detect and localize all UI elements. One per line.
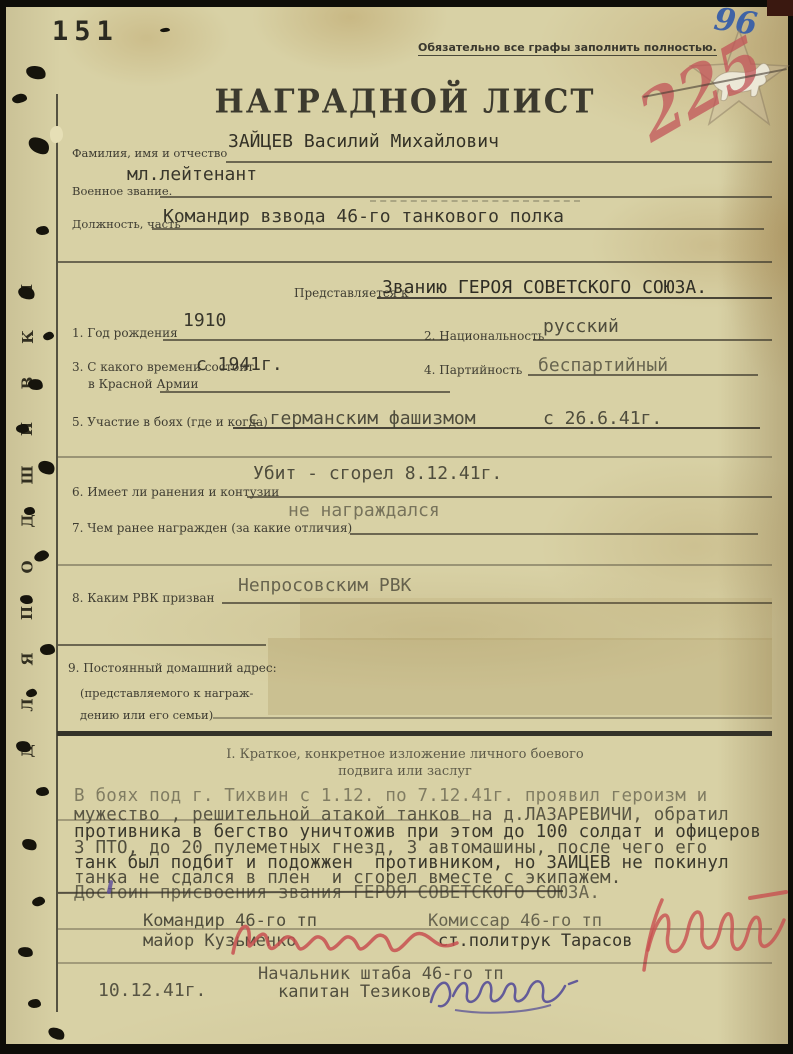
form-rule <box>213 717 772 719</box>
margin-letter: Я <box>19 652 37 665</box>
document-date: 10.12.41г. <box>98 980 206 1001</box>
document-title: НАГРАДНОЙ ЛИСТ <box>200 83 610 121</box>
form-rule <box>163 339 448 341</box>
nomination-value: Званию ГЕРОЯ СОВЕТСКОГО СОЮЗА. <box>382 277 707 298</box>
margin-letter: П <box>19 606 37 620</box>
party-label: 4. Партийность <box>424 363 522 377</box>
section-divider-rule <box>58 261 772 263</box>
feat-text-line: В боях под г. Тихвин с 1.12. по 7.12.41г… <box>74 786 707 806</box>
prior-awards-label: 7. Чем ранее награжден (за какие отличия… <box>72 521 352 535</box>
home-address-label-1: 9. Постоянный домашний адрес: <box>68 661 277 675</box>
form-rule <box>160 391 450 393</box>
faint-divider-rule <box>58 564 772 566</box>
ink-blot <box>40 644 55 655</box>
home-address-label-2: (представляемого к награж- <box>80 686 253 700</box>
margin-letter: Л <box>19 698 37 711</box>
stain-patch <box>268 638 772 715</box>
form-rule <box>350 533 758 535</box>
birth-year-value: 1910 <box>183 310 226 331</box>
nationality-value: русский <box>543 316 619 337</box>
faded-dashes <box>370 200 580 202</box>
ink-blot <box>16 424 29 433</box>
left-form-border-line <box>56 94 58 1012</box>
form-rule <box>226 161 772 163</box>
position-value: Командир взвода 46-го танкового полка <box>163 206 564 227</box>
inspector-signature-red <box>638 888 790 980</box>
form-rule <box>377 297 772 299</box>
sheet-number: 151 <box>52 16 119 47</box>
party-value: беспартийный <box>538 355 668 376</box>
chief-of-staff-name: капитан Тезиков <box>278 982 432 1002</box>
wounds-value: Убит - сгорел 8.12.41г. <box>253 463 502 484</box>
service-since-value: с 1941г. <box>196 354 283 375</box>
form-rule <box>528 374 758 376</box>
chief-signature-violet <box>425 968 587 1016</box>
margin-letter: О <box>19 560 37 573</box>
commander-signature-red <box>225 913 475 968</box>
surname-value: ЗАЙЦЕВ Василий Михайлович <box>228 131 499 152</box>
rvk-value: Непросовским РВК <box>238 575 411 596</box>
margin-letter: Ш <box>19 465 37 484</box>
battles-date-value: с 26.6.41г. <box>543 408 662 429</box>
ink-blot <box>36 226 49 235</box>
ink-blot <box>24 507 35 515</box>
battles-value: с германским фашизмом <box>248 408 476 429</box>
birth-year-label: 1. Год рождения <box>72 326 178 340</box>
form-rule <box>247 496 772 498</box>
feat-heading-line1: I. Краткое, конкретное изложение личного… <box>180 747 630 762</box>
thick-section-bar <box>57 731 772 736</box>
faint-divider-rule <box>58 456 772 458</box>
ink-blot <box>36 787 49 796</box>
margin-letter: Д <box>19 514 37 527</box>
award-sheet-scan: 151 Обязательно все графы заполнить полн… <box>0 0 793 1054</box>
form-rule <box>533 339 772 341</box>
feat-heading-line2: подвига или заслуг <box>180 764 630 779</box>
form-rule <box>160 196 772 198</box>
short-rule <box>58 644 266 646</box>
home-address-label-3: дению или его семьи) <box>80 708 213 722</box>
ink-blot <box>28 999 41 1008</box>
fill-all-fields-note: Обязательно все графы заполнить полность… <box>418 41 717 56</box>
prior-awards-value: не награждался <box>288 500 440 521</box>
nationality-label: 2. Национальность <box>424 329 544 343</box>
margin-letter: К <box>19 330 37 344</box>
scan-corner-shadow <box>767 0 793 16</box>
form-rule <box>152 228 764 230</box>
rank-value: мл.лейтенант <box>127 164 257 185</box>
stain-patch <box>300 598 772 640</box>
rvk-label: 8. Каким РВК призван <box>72 591 214 605</box>
form-rule <box>233 427 760 429</box>
surname-label: Фамилия, имя и отчество <box>72 146 227 160</box>
faint-rule <box>58 819 470 821</box>
rank-label: Военное звание. <box>72 184 172 198</box>
service-since-label-2: в Красной Армии <box>88 377 199 391</box>
